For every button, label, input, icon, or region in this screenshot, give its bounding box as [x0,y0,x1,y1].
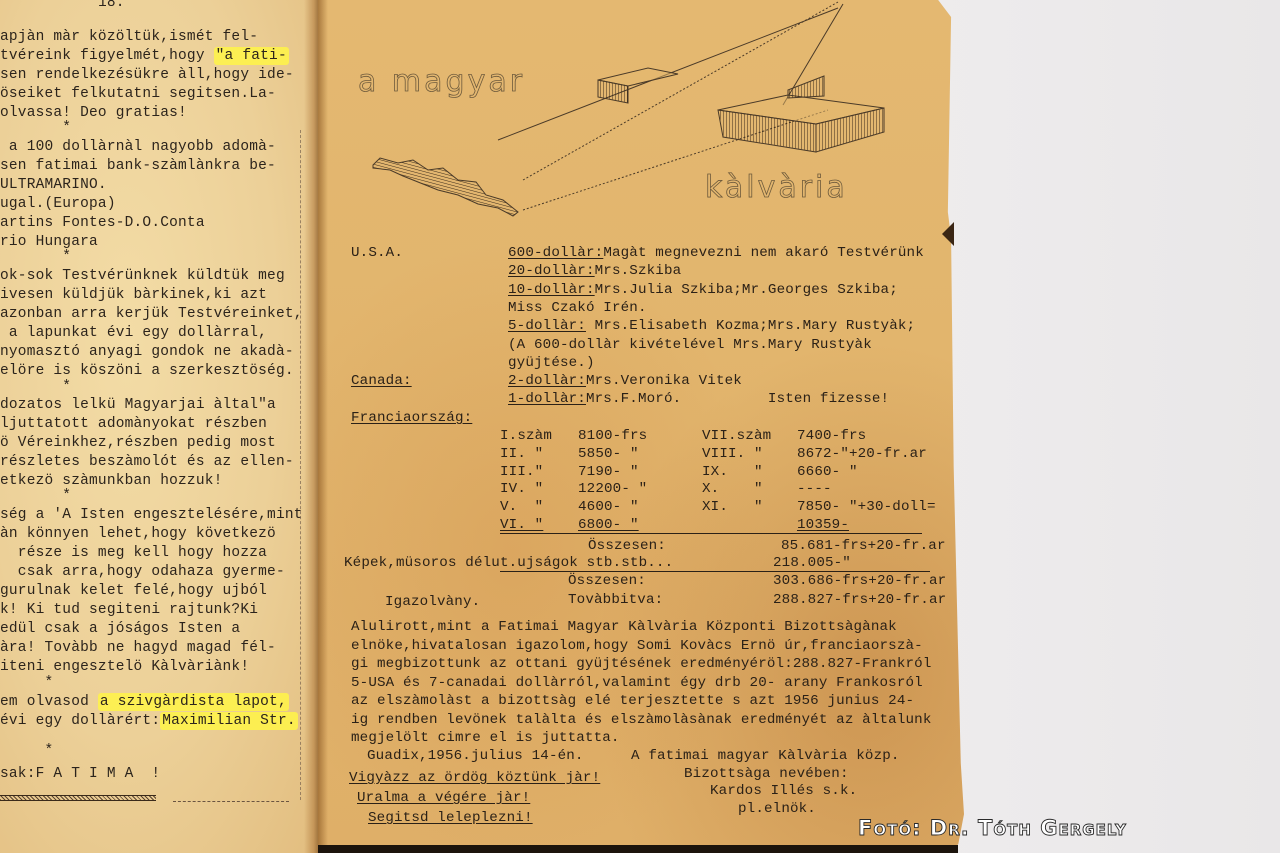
header-title-left: a magyar [358,64,525,99]
text-line: évi egy dollàrért:Maximilian Str. [0,712,298,731]
table-rule [500,533,922,534]
line-text: öseiket felkutatni segitsen.La- [0,86,276,102]
text-line: öseiket felkutatni segitsen.La- [0,85,276,104]
line-text: * [0,675,53,691]
france-cell-left-no: II. " [500,446,543,462]
france-cell-left-val: 7190- " [578,464,639,480]
line-text: ljuttatott adomànyokat részben [0,416,267,432]
line-text: részletes beszàmolót és az ellen- [0,454,294,470]
text-line: tvéreink figyelmét,hogy "a fati- [0,47,289,66]
line-text: tvéreink figyelmét,hogy [0,48,214,64]
left-page-text: 18. apjàn màr közöltük,ismét fel-tvérein… [0,0,310,853]
donation-amount: 5-dollàr: [508,318,586,334]
text-line: ivesen küldjük bàrkinek,ki azt [0,286,267,305]
donation-donor: Miss Czakó Irén. [508,300,647,316]
line-text: ség a 'A Isten engesztelésére,mint [0,507,303,523]
donation-row: 600-dollàr:Magàt megnevezni nem akaró Te… [508,245,924,261]
line-text: dozatos lelkü Magyarjai àltal"a [0,397,276,413]
text-line: k! Ki tud segiteni rajtunk?Ki [0,601,258,620]
canada-label: Canada: [351,373,412,389]
text-line: * [0,248,71,267]
cross-illustration [318,0,964,230]
total-label: Összesen: [568,573,646,589]
line-text: àra! Tovàbb ne hagyd magad fél- [0,640,276,656]
line-text: apjàn màr közöltük,ismét fel- [0,29,258,45]
line-text: sak:F A T I M A ! [0,766,160,782]
france-cell-left-val: 4600- " [578,499,639,515]
france-cell-left-no: VI. " [500,517,543,533]
donation-donor: Mrs.Veronika Vitek [586,373,742,389]
france-cell-left-no: V. " [500,499,543,515]
line-text: artins Fontes-D.O.Conta [0,215,205,231]
france-cell-right-val: 8672-"+20-fr.ar [797,446,927,462]
line-text: * [0,488,71,504]
text-line: àn könnyen lehet,hogy következö [0,525,276,544]
donation-donor: gyüjtése.) [508,355,595,371]
france-cell-left-val: 8100-frs [578,428,647,444]
text-line: * [0,674,53,693]
text-line: sen fatimai bank-szàmlànkra be- [0,157,276,176]
page-number: 18. [98,0,125,13]
france-cell-left-val: 5850- " [578,446,639,462]
france-cell-right-val: ---- [797,481,832,497]
signature-line: Kardos Illés s.k. [710,783,857,799]
line-text: k! Ki tud segiteni rajtunk?Ki [0,602,258,618]
line-text: elöre is köszöni a szerkesztöség. [0,363,294,379]
donation-amount: 2-dollàr: [508,373,586,389]
text-line: része is meg kell hogy hozza [0,544,267,563]
line-text: sen fatimai bank-szàmlànkra be- [0,158,276,174]
france-cell-right-no: IX. " [702,464,763,480]
total-value: 303.686-frs+20-fr.ar [773,573,946,589]
dotted-rule [173,801,289,802]
certificate-line: ig rendben levönek talàlta és elszàmolàs… [351,712,931,728]
text-line: * [0,119,71,138]
subtotal-label: Összesen: [588,538,666,554]
line-text: ok-sok Testvérünknek küldtük meg [0,268,285,284]
signature-line: Bizottsàga nevében: [684,766,849,782]
text-line: a lapunkat évi egy dollàrral, [0,324,267,343]
donation-donor: (A 600-dollàr kivételével Mrs.Mary Rusty… [508,337,872,353]
forwarded-label: Tovàbbitva: [568,592,663,608]
photo-credit: Fotó: Dr. Tóth Gergely [858,816,1127,840]
text-line: gurulnak kelet felé,hogy ujból [0,582,267,601]
forwarded-value: 288.827-frs+20-fr.ar [773,592,946,608]
certificate-line: gi megbizottunk az ottani gyüjtésének er… [351,656,931,672]
line-text: ugal.(Europa) [0,196,116,212]
donation-row: 20-dollàr:Mrs.Szkiba [508,263,681,279]
line-text: a 100 dollàrnàl nagyobb adomà- [0,139,276,155]
text-line: azonban arra kerjük Testvéreinket, [0,305,303,324]
france-cell-right-val: 7850- "+30-doll= [797,499,936,515]
line-text: gurulnak kelet felé,hogy ujból [0,583,267,599]
text-line: ljuttatott adomànyokat részben [0,415,267,434]
line-text: * [0,743,53,759]
extra-label: Képek,müsoros délut.ujságok stb.stb... [344,555,673,571]
line-text: ö Véreinkhez,részben pedig most [0,435,276,451]
line-text: nyomasztó anyagi gondok ne akadà- [0,344,294,360]
france-cell-right-no: VII.szàm [702,428,771,444]
france-cell-right-no: X. " [702,481,763,497]
signature-line: A fatimai magyar Kàlvària közp. [631,748,900,764]
certificate-line: Alulirott,mint a Fatimai Magyar Kàlvària… [351,619,897,635]
text-line: ULTRAMARINO. [0,176,107,195]
text-line: dozatos lelkü Magyarjai àltal"a [0,396,276,415]
line-text: része is meg kell hogy hozza [0,545,267,561]
text-line: részletes beszàmolót és az ellen- [0,453,294,472]
certificate-caption: Igazolvàny. [385,594,480,610]
line-text: azonban arra kerjük Testvéreinket, [0,306,303,322]
donation-donor: Magàt megnevezni nem akaró Testvérünk [603,245,924,261]
donation-row: (A 600-dollàr kivételével Mrs.Mary Rusty… [508,337,872,353]
france-cell-right-no: XI. " [702,499,763,515]
france-cell-left-no: III." [500,464,543,480]
france-label: Franciaország: [351,410,472,426]
line-text: em olvasod [0,694,98,710]
text-line: ok-sok Testvérünknek küldtük meg [0,267,285,286]
donation-amount: 600-dollàr: [508,245,603,261]
france-cell-left-no: I.szàm [500,428,552,444]
donation-row: gyüjtése.) [508,355,595,371]
text-line: artins Fontes-D.O.Conta [0,214,205,233]
donation-amount: 20-dollàr: [508,263,595,279]
donation-donor: Mrs.Szkiba [595,263,682,279]
usa-label: U.S.A. [351,245,403,261]
line-text: iteni engesztelö Kàlvàriànk! [0,659,249,675]
france-cell-left-val: 12200- " [578,481,647,497]
france-cell-right-val: 10359- [797,517,849,533]
donation-amount: 10-dollàr: [508,282,595,298]
margin-rule [300,130,301,800]
place-date: Guadix,1956.julius 14-én. [367,748,584,764]
france-cell-right-no: VIII. " [702,446,763,462]
text-line: em olvasod a szivgàrdista lapot, [0,693,289,712]
donation-row: Miss Czakó Irén. [508,300,647,316]
book-bottom-edge [318,845,958,853]
france-cell-left-no: IV. " [500,481,543,497]
donation-row: 5-dollàr: Mrs.Elisabeth Kozma;Mrs.Mary R… [508,318,915,334]
certificate-line: 5-USA és 7-canadai dollàrról,valamint ég… [351,675,923,691]
text-line: sen rendelkezésükre àll,hogy ide- [0,66,294,85]
highlighted-text: "a fati- [214,47,289,65]
line-text: edül csak a jóságos Isten a [0,621,240,637]
france-cell-left-val: 6800- " [578,517,639,533]
line-text: àn könnyen lehet,hogy következö [0,526,276,542]
text-line: nyomasztó anyagi gondok ne akadà- [0,343,294,362]
line-text: ivesen küldjük bàrkinek,ki azt [0,287,267,303]
table-rule-2 [500,571,930,572]
text-line: apjàn màr közöltük,ismét fel- [0,28,258,47]
donation-donor: Mrs.Elisabeth Kozma;Mrs.Mary Rustyàk; [586,318,915,334]
france-cell-right-val: 6660- " [797,464,858,480]
donation-row: 1-dollàr:Mrs.F.Moró. Isten fizesse! [508,391,889,407]
line-text: évi egy dollàrért: [0,713,160,729]
line-text: * [0,120,71,136]
text-line: ö Véreinkhez,részben pedig most [0,434,276,453]
subtotal-value: 85.681-frs+20-fr.ar [781,538,946,554]
extra-value: 218.005-" [773,555,851,571]
line-text: csak arra,hogy odahaza gyerme- [0,564,285,580]
certificate-line: elnöke,hivatalosan igazolom,hogy Somi Ko… [351,638,923,654]
text-line: ség a 'A Isten engesztelésére,mint [0,506,303,525]
decorative-rule [0,795,156,801]
left-page: 18. apjàn màr közöltük,ismét fel-tvérein… [0,0,318,853]
text-line: * [0,487,71,506]
slogan-line: Uralma a végére jàr! [357,790,530,806]
text-line: edül csak a jóságos Isten a [0,620,240,639]
text-line: csak arra,hogy odahaza gyerme- [0,563,285,582]
text-line: * [0,742,53,761]
france-cell-right-val: 7400-frs [797,428,866,444]
line-text: * [0,249,71,265]
certificate-line: az elszàmolàst a bizottsàg elé terjeszte… [351,693,914,709]
donation-donor: Mrs.Julia Szkiba;Mr.Georges Szkiba; [595,282,898,298]
slogan-line: Vigyàzz az ördög köztünk jàr! [349,770,600,786]
slogan-line: Segitsd leleplezni! [368,810,533,826]
text-line: àra! Tovàbb ne hagyd magad fél- [0,639,276,658]
line-text: a lapunkat évi egy dollàrral, [0,325,267,341]
line-text: * [0,379,71,395]
text-line: * [0,378,71,397]
text-line: sak:F A T I M A ! [0,765,160,784]
donation-amount: 1-dollàr: [508,391,586,407]
line-text: ULTRAMARINO. [0,177,107,193]
signature-line: pl.elnök. [738,801,816,817]
donation-row: 2-dollàr:Mrs.Veronika Vitek [508,373,742,389]
highlighted-text: Maximilian Str. [160,712,298,730]
line-text: sen rendelkezésükre àll,hogy ide- [0,67,294,83]
highlighted-text: a szivgàrdista lapot, [98,693,289,711]
donation-row: 10-dollàr:Mrs.Julia Szkiba;Mr.Georges Sz… [508,282,898,298]
certificate-line: megjelölt cimre el is juttatta. [351,730,620,746]
text-line: ugal.(Europa) [0,195,116,214]
header-title-right: kàlvària [705,170,848,205]
text-line: a 100 dollàrnàl nagyobb adomà- [0,138,276,157]
donation-donor: Mrs.F.Moró. Isten fizesse! [586,391,889,407]
